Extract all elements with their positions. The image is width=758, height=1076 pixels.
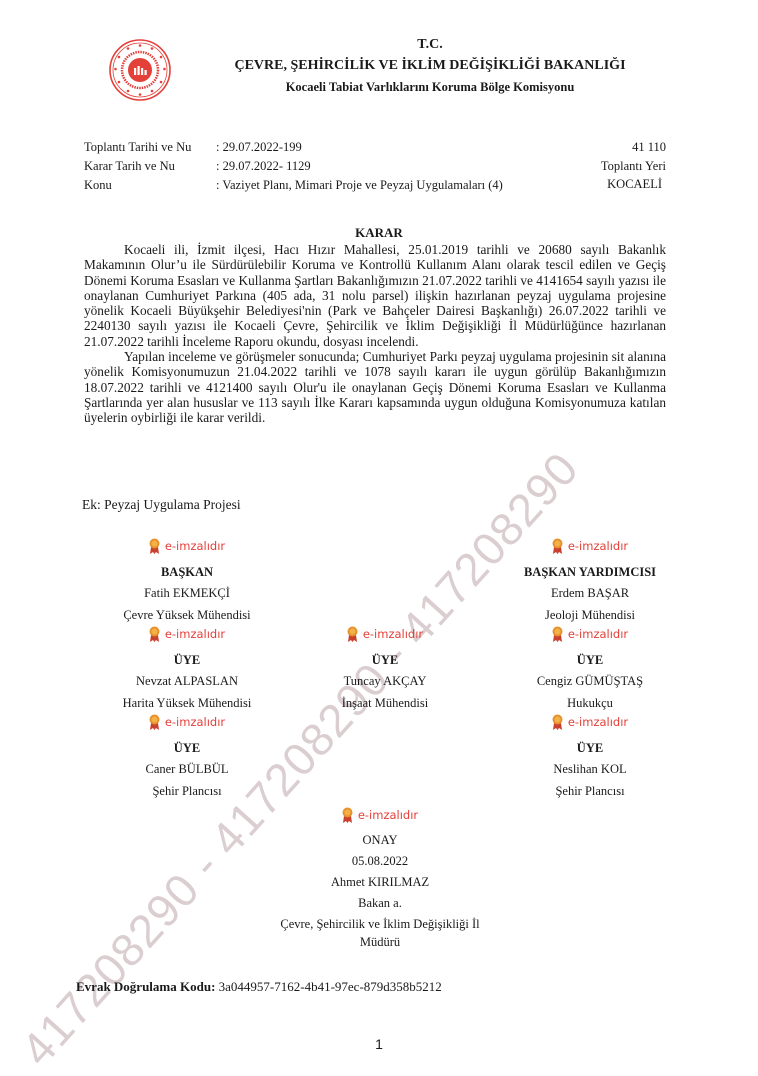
verification-code: Evrak Doğrulama Kodu: 3a044957-7162-4b41… [76,979,442,995]
attachment-note: Ek: Peyzaj Uygulama Projesi [82,497,241,513]
signatory-title: Çevre Yüksek Mühendisi [92,605,282,627]
esign-badge[interactable]: e-imzalıdır [149,714,225,730]
signatory-role: ÜYE [490,650,690,672]
meeting-place: 41 110 Toplantı Yeri KOCAELİ [601,140,666,193]
header-tc: T.C. [200,37,660,53]
header-ministry: ÇEVRE, ŞEHİRCİLİK VE İKLİM DEĞİŞİKLİĞİ B… [200,58,660,74]
signature-block-member: e-imzalıdır ÜYE Caner BÜLBÜL Şehir Planc… [92,714,282,802]
esign-badge[interactable]: e-imzalıdır [342,807,418,823]
esign-badge[interactable]: e-imzalıdır [149,626,225,642]
ribbon-award-icon [342,807,353,823]
signature-block-member: e-imzalıdır ÜYE Nevzat ALPASLAN Harita Y… [92,626,282,714]
approval-date: 05.08.2022 [240,851,520,872]
signatory-title: Harita Yüksek Mühendisi [92,693,282,715]
meeting-place-label: Toplantı Yeri [601,159,666,175]
meta-row-decision: Karar Tarih ve Nu : 29.07.2022- 1129 [84,159,604,175]
esign-label: e-imzalıdır [165,626,225,642]
esign-label: e-imzalıdır [568,626,628,642]
decision-title: KARAR [0,225,758,241]
meeting-place-value: KOCAELİ [601,177,662,193]
ribbon-award-icon [347,626,358,642]
signatory-name: Erdem BAŞAR [490,583,690,605]
signatory-title: Hukukçu [490,693,690,715]
decision-paragraph: Kocaeli ili, İzmit ilçesi, Hacı Hızır Ma… [84,242,666,349]
meta-row-meeting: Toplantı Tarihi ve Nu : 29.07.2022-199 [84,140,604,156]
verification-code-label: Evrak Doğrulama Kodu: [76,979,215,994]
esign-label: e-imzalıdır [363,626,423,642]
meta-label: Karar Tarih ve Nu [84,159,175,174]
signature-block-member: e-imzalıdır ÜYE Tuncay AKÇAY İnşaat Mühe… [290,626,480,714]
approval-title-line2: Müdürü [240,935,520,950]
signatory-name: Cengiz GÜMÜŞTAŞ [490,671,690,693]
meeting-code: 41 110 [601,140,666,156]
verification-code-value[interactable]: 3a044957-7162-4b41-97ec-879d358b5212 [219,979,442,994]
signatory-role: ÜYE [490,738,690,760]
signature-block-vice-chair: e-imzalıdır BAŞKAN YARDIMCISI Erdem BAŞA… [490,538,690,626]
ribbon-award-icon [552,714,563,730]
meta-value: : 29.07.2022-199 [216,140,302,155]
signatory-name: Caner BÜLBÜL [92,759,282,781]
decision-body: Kocaeli ili, İzmit ilçesi, Hacı Hızır Ma… [84,242,666,426]
ministry-seal-icon [108,38,172,102]
esign-label: e-imzalıdır [568,538,628,554]
approval-name: Ahmet KIRILMAZ [240,872,520,893]
esign-badge[interactable]: e-imzalıdır [552,626,628,642]
esign-label: e-imzalıdır [568,714,628,730]
esign-badge[interactable]: e-imzalıdır [552,538,628,554]
page-number: 1 [0,1036,758,1052]
esign-label: e-imzalıdır [165,714,225,730]
esign-badge[interactable]: e-imzalıdır [347,626,423,642]
ribbon-award-icon [552,626,563,642]
meta-value: : 29.07.2022- 1129 [216,159,311,174]
signatory-title: Şehir Plancısı [92,781,282,803]
approval-title-line1: Çevre, Şehircilik ve İklim Değişikliği İ… [240,914,520,935]
ribbon-award-icon [149,714,160,730]
meta-row-subject: Konu : Vaziyet Planı, Mimari Proje ve Pe… [84,178,604,194]
approval-role: ONAY [240,830,520,851]
esign-label: e-imzalıdır [165,538,225,554]
ribbon-award-icon [149,538,160,554]
meeting-meta: Toplantı Tarihi ve Nu : 29.07.2022-199 K… [84,140,604,200]
signatory-role: BAŞKAN YARDIMCISI [490,562,690,584]
esign-label: e-imzalıdır [358,807,418,823]
signatory-role: ÜYE [92,738,282,760]
signatory-role: ÜYE [290,650,480,672]
ribbon-award-icon [552,538,563,554]
signature-block-member: e-imzalıdır ÜYE Neslihan KOL Şehir Planc… [490,714,690,802]
signatory-role: ÜYE [92,650,282,672]
signatory-name: Neslihan KOL [490,759,690,781]
signatory-title: İnşaat Mühendisi [290,693,480,715]
signatory-title: Şehir Plancısı [490,781,690,803]
meta-label: Konu [84,178,112,193]
signatory-name: Fatih EKMEKÇİ [92,583,282,605]
signatory-role: BAŞKAN [92,562,282,584]
signature-block-chair: e-imzalıdır BAŞKAN Fatih EKMEKÇİ Çevre Y… [92,538,282,626]
ribbon-award-icon [149,626,160,642]
signatory-name: Tuncay AKÇAY [290,671,480,693]
signatory-name: Nevzat ALPASLAN [92,671,282,693]
signatory-title: Jeoloji Mühendisi [490,605,690,627]
approval-on-behalf: Bakan a. [240,893,520,914]
meta-label: Toplantı Tarihi ve Nu [84,140,191,155]
meta-value: : Vaziyet Planı, Mimari Proje ve Peyzaj … [216,178,503,193]
decision-paragraph: Yapılan inceleme ve görüşmeler sonucunda… [84,349,666,425]
header-commission: Kocaeli Tabiat Varlıklarını Koruma Bölge… [200,80,660,95]
esign-badge[interactable]: e-imzalıdır [552,714,628,730]
signature-block-member: e-imzalıdır ÜYE Cengiz GÜMÜŞTAŞ Hukukçu [490,626,690,714]
approval-block: e-imzalıdır ONAY 05.08.2022 Ahmet KIRILM… [240,807,520,950]
esign-badge[interactable]: e-imzalıdır [149,538,225,554]
